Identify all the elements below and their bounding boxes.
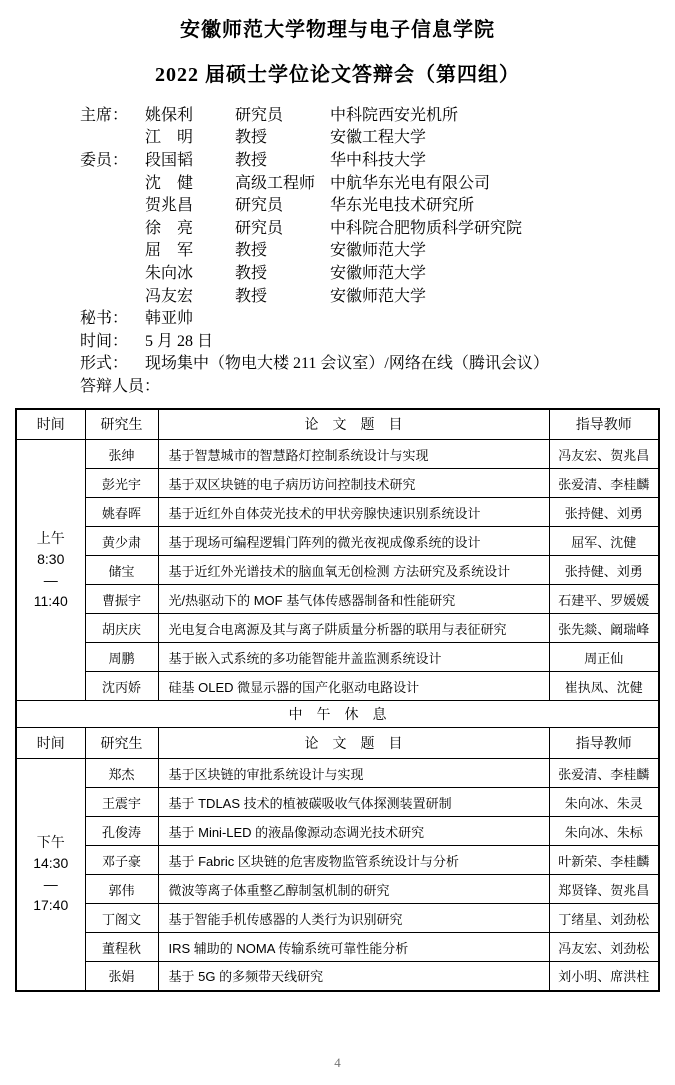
thesis-title: 基于 Fabric 区块链的危害废物监管系统设计与分析 xyxy=(158,846,549,875)
table-row: 郭伟 微波等离子体重整乙醇制氢机制的研究 郑贤锋、贺兆昌 xyxy=(16,875,659,904)
member-org: 华中科技大学 xyxy=(330,147,675,170)
committee-row: 贺兆昌 研究员 华东光电技术研究所 xyxy=(80,192,675,215)
session-period: 下午 xyxy=(17,832,85,853)
table-row: 张娟 基于 5G 的多频带天线研究 刘小明、席洪柱 xyxy=(16,962,659,991)
advisor-names: 张持健、刘勇 xyxy=(549,556,659,585)
committee-row: 委员： 段国韬 教授 华中科技大学 xyxy=(80,147,675,170)
member-org: 安徽师范大学 xyxy=(330,237,675,260)
student-name: 丁阁文 xyxy=(85,904,158,933)
advisor-names: 冯友宏、贺兆昌 xyxy=(549,440,659,469)
committee-row: 江 明 教授 安徽工程大学 xyxy=(80,125,675,148)
member-title: 研究员 xyxy=(235,192,330,215)
table-row: 黄少肃 基于现场可编程逻辑门阵列的微光夜视成像系统的设计 屈军、沈健 xyxy=(16,527,659,556)
member-name: 屈 军 xyxy=(145,237,235,260)
thesis-title: 基于近红外光谱技术的脑血氧无创检测 方法研究及系统设计 xyxy=(158,556,549,585)
role-label: 主席： xyxy=(80,102,145,125)
advisor-names: 周正仙 xyxy=(549,643,659,672)
committee-row: 徐 亮 研究员 中科院合肥物质科学研究院 xyxy=(80,215,675,238)
member-org: 安徽师范大学 xyxy=(330,260,675,283)
advisor-names: 张先燚、阚瑞峰 xyxy=(549,614,659,643)
header-time: 时间 xyxy=(16,728,85,759)
member-title: 高级工程师 xyxy=(235,170,330,193)
defenders-label: 答辩人员： xyxy=(80,373,160,396)
advisor-names: 张持健、刘勇 xyxy=(549,498,659,527)
table-row: 曹振宇 光/热驱动下的 MOF 基气体传感器制备和性能研究 石建平、罗媛媛 xyxy=(16,585,659,614)
thesis-title: 基于 Mini-LED 的液晶像源动态调光技术研究 xyxy=(158,817,549,846)
student-name: 周鹏 xyxy=(85,643,158,672)
member-org: 中航华东光电有限公司 xyxy=(330,170,675,193)
member-name: 贺兆昌 xyxy=(145,192,235,215)
header-student: 研究生 xyxy=(85,409,158,440)
session-end: 11:40 xyxy=(17,591,85,612)
table-row: 储宝 基于近红外光谱技术的脑血氧无创检测 方法研究及系统设计 张持健、刘勇 xyxy=(16,556,659,585)
advisor-names: 崔执凤、沈健 xyxy=(549,672,659,701)
session-period: 上午 xyxy=(17,528,85,549)
page-title: 安徽师范大学物理与电子信息学院 xyxy=(0,13,675,42)
student-name: 邓子豪 xyxy=(85,846,158,875)
student-name: 郑杰 xyxy=(85,759,158,788)
member-name: 段国韬 xyxy=(145,147,235,170)
student-name: 沈丙娇 xyxy=(85,672,158,701)
header-advisor: 指导教师 xyxy=(549,728,659,759)
committee-info: 主席： 姚保利 研究员 中科院西安光机所 江 明 教授 安徽工程大学 委员： 段… xyxy=(80,102,675,396)
advisor-names: 叶新荣、李桂麟 xyxy=(549,846,659,875)
table-row: 沈丙娇 硅基 OLED 微显示器的国产化驱动电路设计 崔执凤、沈健 xyxy=(16,672,659,701)
header-advisor: 指导教师 xyxy=(549,409,659,440)
advisor-names: 石建平、罗媛媛 xyxy=(549,585,659,614)
thesis-title: 基于区块链的审批系统设计与实现 xyxy=(158,759,549,788)
member-name: 冯友宏 xyxy=(145,283,235,306)
session-time-afternoon: 下午 14:30 — 17:40 xyxy=(16,759,85,991)
session-dash: — xyxy=(17,874,85,895)
table-header-row: 时间 研究生 论 文 题 目 指导教师 xyxy=(16,728,659,759)
table-row: 姚春晖 基于近红外自体荧光技术的甲状旁腺快速识别系统设计 张持健、刘勇 xyxy=(16,498,659,527)
secretary-row: 秘书： 韩亚帅 xyxy=(80,305,675,328)
member-name: 朱向冰 xyxy=(145,260,235,283)
table-row: 上午 8:30 — 11:40 张绅 基于智慧城市的智慧路灯控制系统设计与实现 … xyxy=(16,440,659,469)
member-title: 教授 xyxy=(235,283,330,306)
thesis-title: 硅基 OLED 微显示器的国产化驱动电路设计 xyxy=(158,672,549,701)
defenders-row: 答辩人员： xyxy=(80,373,675,396)
date-label: 时间： xyxy=(80,328,145,351)
table-row: 下午 14:30 — 17:40 郑杰 基于区块链的审批系统设计与实现 张爱清、… xyxy=(16,759,659,788)
member-title: 教授 xyxy=(235,237,330,260)
member-title: 教授 xyxy=(235,147,330,170)
student-name: 孔俊涛 xyxy=(85,817,158,846)
advisor-names: 刘小明、席洪柱 xyxy=(549,962,659,991)
table-row: 周鹏 基于嵌入式系统的多功能智能井盖监测系统设计 周正仙 xyxy=(16,643,659,672)
table-row: 董程秋 IRS 辅助的 NOMA 传输系统可靠性能分析 冯友宏、刘劲松 xyxy=(16,933,659,962)
student-name: 姚春晖 xyxy=(85,498,158,527)
member-title: 教授 xyxy=(235,260,330,283)
member-name: 徐 亮 xyxy=(145,215,235,238)
thesis-title: 光电复合电离源及其与离子阱质量分析器的联用与表征研究 xyxy=(158,614,549,643)
thesis-title: 基于嵌入式系统的多功能智能井盖监测系统设计 xyxy=(158,643,549,672)
advisor-names: 郑贤锋、贺兆昌 xyxy=(549,875,659,904)
header-thesis: 论 文 题 目 xyxy=(158,728,549,759)
session-start: 14:30 xyxy=(17,853,85,874)
date-row: 时间： 5 月 28 日 xyxy=(80,328,675,351)
member-title: 教授 xyxy=(235,124,330,147)
break-row: 中 午 休 息 xyxy=(16,701,659,728)
secretary-name: 韩亚帅 xyxy=(145,305,675,328)
advisor-names: 张爱清、李桂麟 xyxy=(549,469,659,498)
student-name: 张绅 xyxy=(85,440,158,469)
table-row: 彭光宇 基于双区块链的电子病历访问控制技术研究 张爱清、李桂麟 xyxy=(16,469,659,498)
member-name: 江 明 xyxy=(145,124,235,147)
thesis-title: 基于智慧城市的智慧路灯控制系统设计与实现 xyxy=(158,440,549,469)
secretary-label: 秘书： xyxy=(80,305,145,328)
table-row: 丁阁文 基于智能手机传感器的人类行为识别研究 丁绪星、刘劲松 xyxy=(16,904,659,933)
member-title: 研究员 xyxy=(235,215,330,238)
advisor-names: 冯友宏、刘劲松 xyxy=(549,933,659,962)
member-title: 研究员 xyxy=(235,102,330,125)
committee-row: 沈 健 高级工程师 中航华东光电有限公司 xyxy=(80,170,675,193)
thesis-title: 微波等离子体重整乙醇制氢机制的研究 xyxy=(158,875,549,904)
format-label: 形式： xyxy=(80,350,145,373)
table-header-row: 时间 研究生 论 文 题 目 指导教师 xyxy=(16,409,659,440)
date-value: 5 月 28 日 xyxy=(145,328,675,351)
student-name: 董程秋 xyxy=(85,933,158,962)
defense-schedule-table: 时间 研究生 论 文 题 目 指导教师 上午 8:30 — 11:40 张绅 基… xyxy=(15,408,660,992)
committee-row: 主席： 姚保利 研究员 中科院西安光机所 xyxy=(80,102,675,125)
member-org: 华东光电技术研究所 xyxy=(330,192,675,215)
student-name: 王震宇 xyxy=(85,788,158,817)
thesis-title: 基于智能手机传感器的人类行为识别研究 xyxy=(158,904,549,933)
session-end: 17:40 xyxy=(17,895,85,916)
thesis-title: 基于双区块链的电子病历访问控制技术研究 xyxy=(158,469,549,498)
member-org: 安徽师范大学 xyxy=(330,283,675,306)
thesis-title: 基于现场可编程逻辑门阵列的微光夜视成像系统的设计 xyxy=(158,527,549,556)
advisor-names: 朱向冰、朱灵 xyxy=(549,788,659,817)
header-time: 时间 xyxy=(16,409,85,440)
advisor-names: 丁绪星、刘劲松 xyxy=(549,904,659,933)
student-name: 曹振宇 xyxy=(85,585,158,614)
committee-row: 冯友宏 教授 安徽师范大学 xyxy=(80,283,675,306)
committee-row: 朱向冰 教授 安徽师范大学 xyxy=(80,260,675,283)
student-name: 黄少肃 xyxy=(85,527,158,556)
page-subtitle: 2022 届硕士学位论文答辩会（第四组） xyxy=(0,58,675,87)
member-org: 安徽工程大学 xyxy=(330,124,675,147)
thesis-title: 基于 5G 的多频带天线研究 xyxy=(158,962,549,991)
noon-break-label: 中 午 休 息 xyxy=(16,701,659,728)
table-row: 王震宇 基于 TDLAS 技术的植被碳吸收气体探测装置研制 朱向冰、朱灵 xyxy=(16,788,659,817)
student-name: 胡庆庆 xyxy=(85,614,158,643)
page-number: 4 xyxy=(0,1055,675,1071)
member-org: 中科院合肥物质科学研究院 xyxy=(330,215,675,238)
table-row: 邓子豪 基于 Fabric 区块链的危害废物监管系统设计与分析 叶新荣、李桂麟 xyxy=(16,846,659,875)
member-name: 沈 健 xyxy=(145,170,235,193)
student-name: 储宝 xyxy=(85,556,158,585)
format-row: 形式： 现场集中（物电大楼 211 会议室）/网络在线（腾讯会议） xyxy=(80,351,675,374)
thesis-title: IRS 辅助的 NOMA 传输系统可靠性能分析 xyxy=(158,933,549,962)
student-name: 彭光宇 xyxy=(85,469,158,498)
thesis-title: 基于近红外自体荧光技术的甲状旁腺快速识别系统设计 xyxy=(158,498,549,527)
thesis-title: 基于 TDLAS 技术的植被碳吸收气体探测装置研制 xyxy=(158,788,549,817)
table-row: 孔俊涛 基于 Mini-LED 的液晶像源动态调光技术研究 朱向冰、朱标 xyxy=(16,817,659,846)
session-time-morning: 上午 8:30 — 11:40 xyxy=(16,440,85,701)
committee-row: 屈 军 教授 安徽师范大学 xyxy=(80,238,675,261)
member-org: 中科院西安光机所 xyxy=(330,102,675,125)
header-student: 研究生 xyxy=(85,728,158,759)
format-value: 现场集中（物电大楼 211 会议室）/网络在线（腾讯会议） xyxy=(145,350,675,373)
advisor-names: 屈军、沈健 xyxy=(549,527,659,556)
advisor-names: 张爱清、李桂麟 xyxy=(549,759,659,788)
thesis-title: 光/热驱动下的 MOF 基气体传感器制备和性能研究 xyxy=(158,585,549,614)
session-start: 8:30 xyxy=(17,549,85,570)
header-thesis: 论 文 题 目 xyxy=(158,409,549,440)
member-name: 姚保利 xyxy=(145,102,235,125)
advisor-names: 朱向冰、朱标 xyxy=(549,817,659,846)
student-name: 郭伟 xyxy=(85,875,158,904)
student-name: 张娟 xyxy=(85,962,158,991)
role-label: 委员： xyxy=(80,147,145,170)
table-row: 胡庆庆 光电复合电离源及其与离子阱质量分析器的联用与表征研究 张先燚、阚瑞峰 xyxy=(16,614,659,643)
session-dash: — xyxy=(17,570,85,591)
